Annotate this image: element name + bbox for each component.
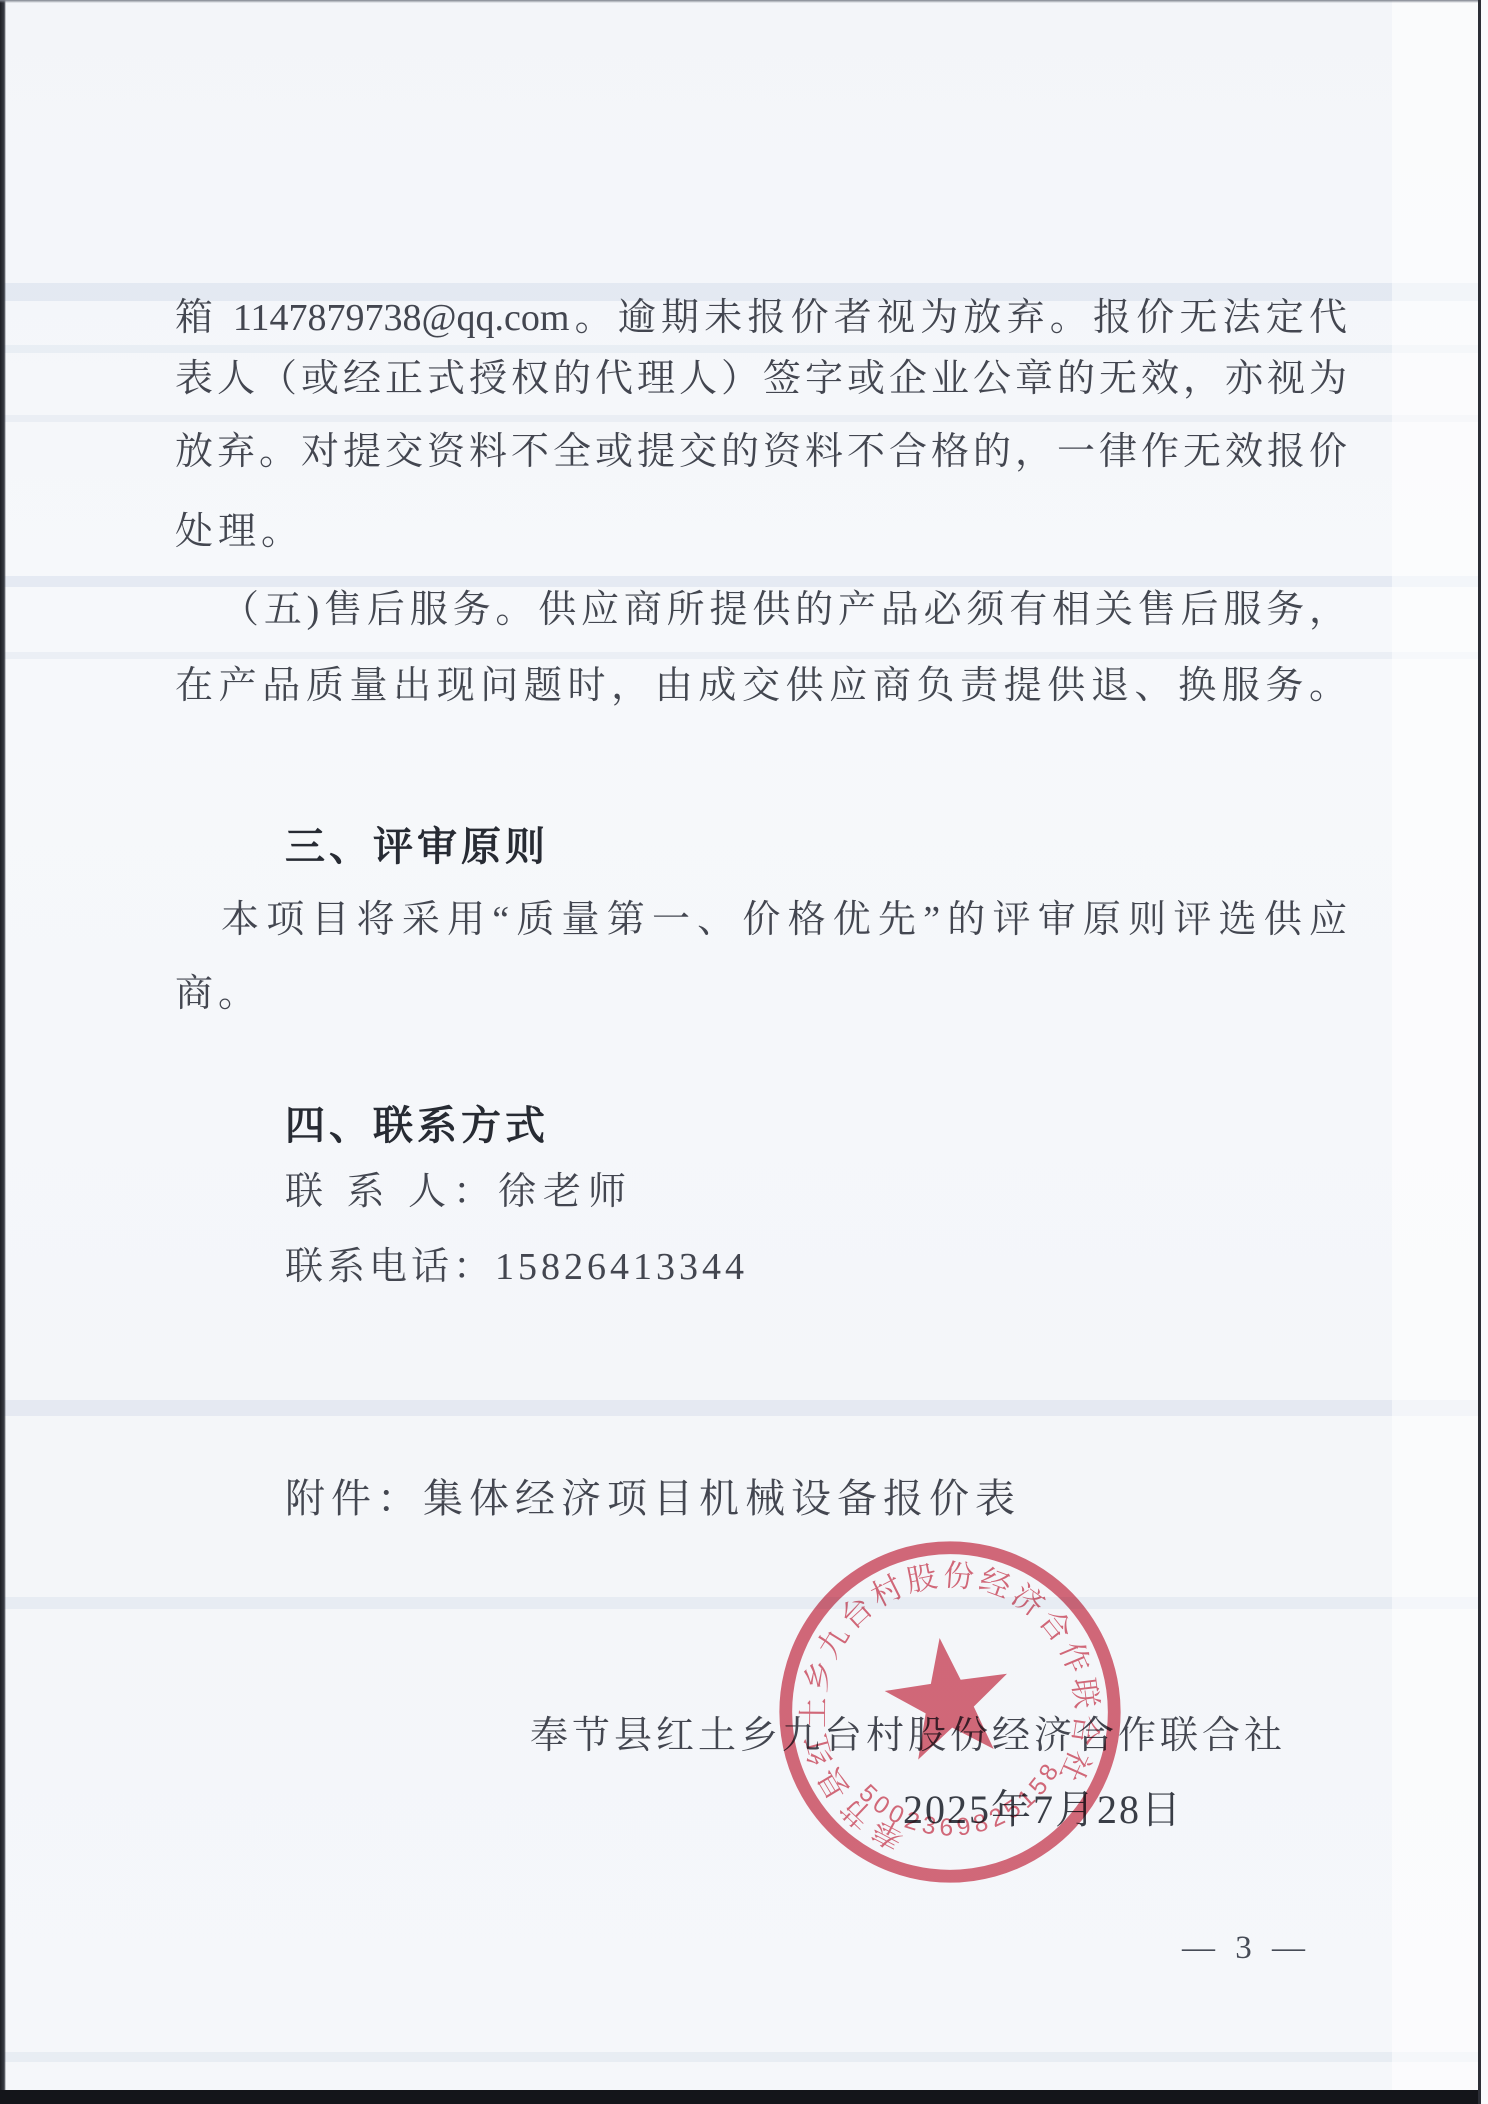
scan-artifact-band xyxy=(0,652,1488,659)
paragraph2-line2: 在产品质量出现问题时，由成交供应商负责提供退、换服务。 xyxy=(175,664,1347,708)
seal-group: 奉节县红土乡九台村股份经济合作联合社 5002369825158 xyxy=(750,1512,1150,1912)
scan-artifact-band xyxy=(0,2052,1488,2062)
contact-phone-line: 联系电话：15826413344 xyxy=(285,1245,748,1289)
section3-heading: 三、评审原则 xyxy=(285,815,549,872)
scan-artifact-band xyxy=(0,415,1488,422)
paragraph1-line1: 箱 1147879738@qq.com。逾期未报价者视为放弃。报价无法定代 xyxy=(175,296,1347,340)
scan-artifact-band xyxy=(0,576,1488,587)
attachment-line: 附件：集体经济项目机械设备报价表 xyxy=(285,1477,1021,1521)
scan-artifact-band xyxy=(0,1597,1488,1609)
scan-edge-left xyxy=(0,0,6,2104)
paragraph2-line1: （五)售后服务。供应商所提供的产品必须有相关售后服务， xyxy=(221,588,1347,632)
scan-artifact-band xyxy=(0,1400,1488,1416)
scan-edge-top xyxy=(0,0,1488,3)
seal-star-icon xyxy=(878,1629,1017,1762)
contact-person-line: 联 系 人：徐老师 xyxy=(285,1170,633,1214)
paragraph1-line2: 表人（或经正式授权的代理人）签字或企业公章的无效，亦视为 xyxy=(175,357,1347,401)
section3-paragraph-line1: 本项目将采用“质量第一、价格优先”的评审原则评选供应 xyxy=(221,898,1347,942)
page-number: — 3 — xyxy=(1182,1926,1311,1970)
scan-edge-bottom xyxy=(0,2090,1488,2104)
official-seal-stamp: 奉节县红土乡九台村股份经济合作联合社 5002369825158 xyxy=(750,1512,1150,1912)
scan-artifact-band xyxy=(0,345,1488,353)
seal-svg: 奉节县红土乡九台村股份经济合作联合社 5002369825158 xyxy=(750,1512,1150,1912)
scan-bright-column xyxy=(1392,0,1478,2090)
section4-heading: 四、联系方式 xyxy=(285,1094,549,1151)
scan-edge-right-margin xyxy=(1481,0,1488,2104)
scanned-document-page: 箱 1147879738@qq.com。逾期未报价者视为放弃。报价无法定代 表人… xyxy=(0,0,1488,2104)
section3-paragraph-line2: 商。 xyxy=(175,972,261,1016)
paragraph1-line4: 处理。 xyxy=(175,510,304,554)
paragraph1-line3: 放弃。对提交资料不全或提交的资料不合格的，一律作无效报价 xyxy=(175,430,1347,474)
